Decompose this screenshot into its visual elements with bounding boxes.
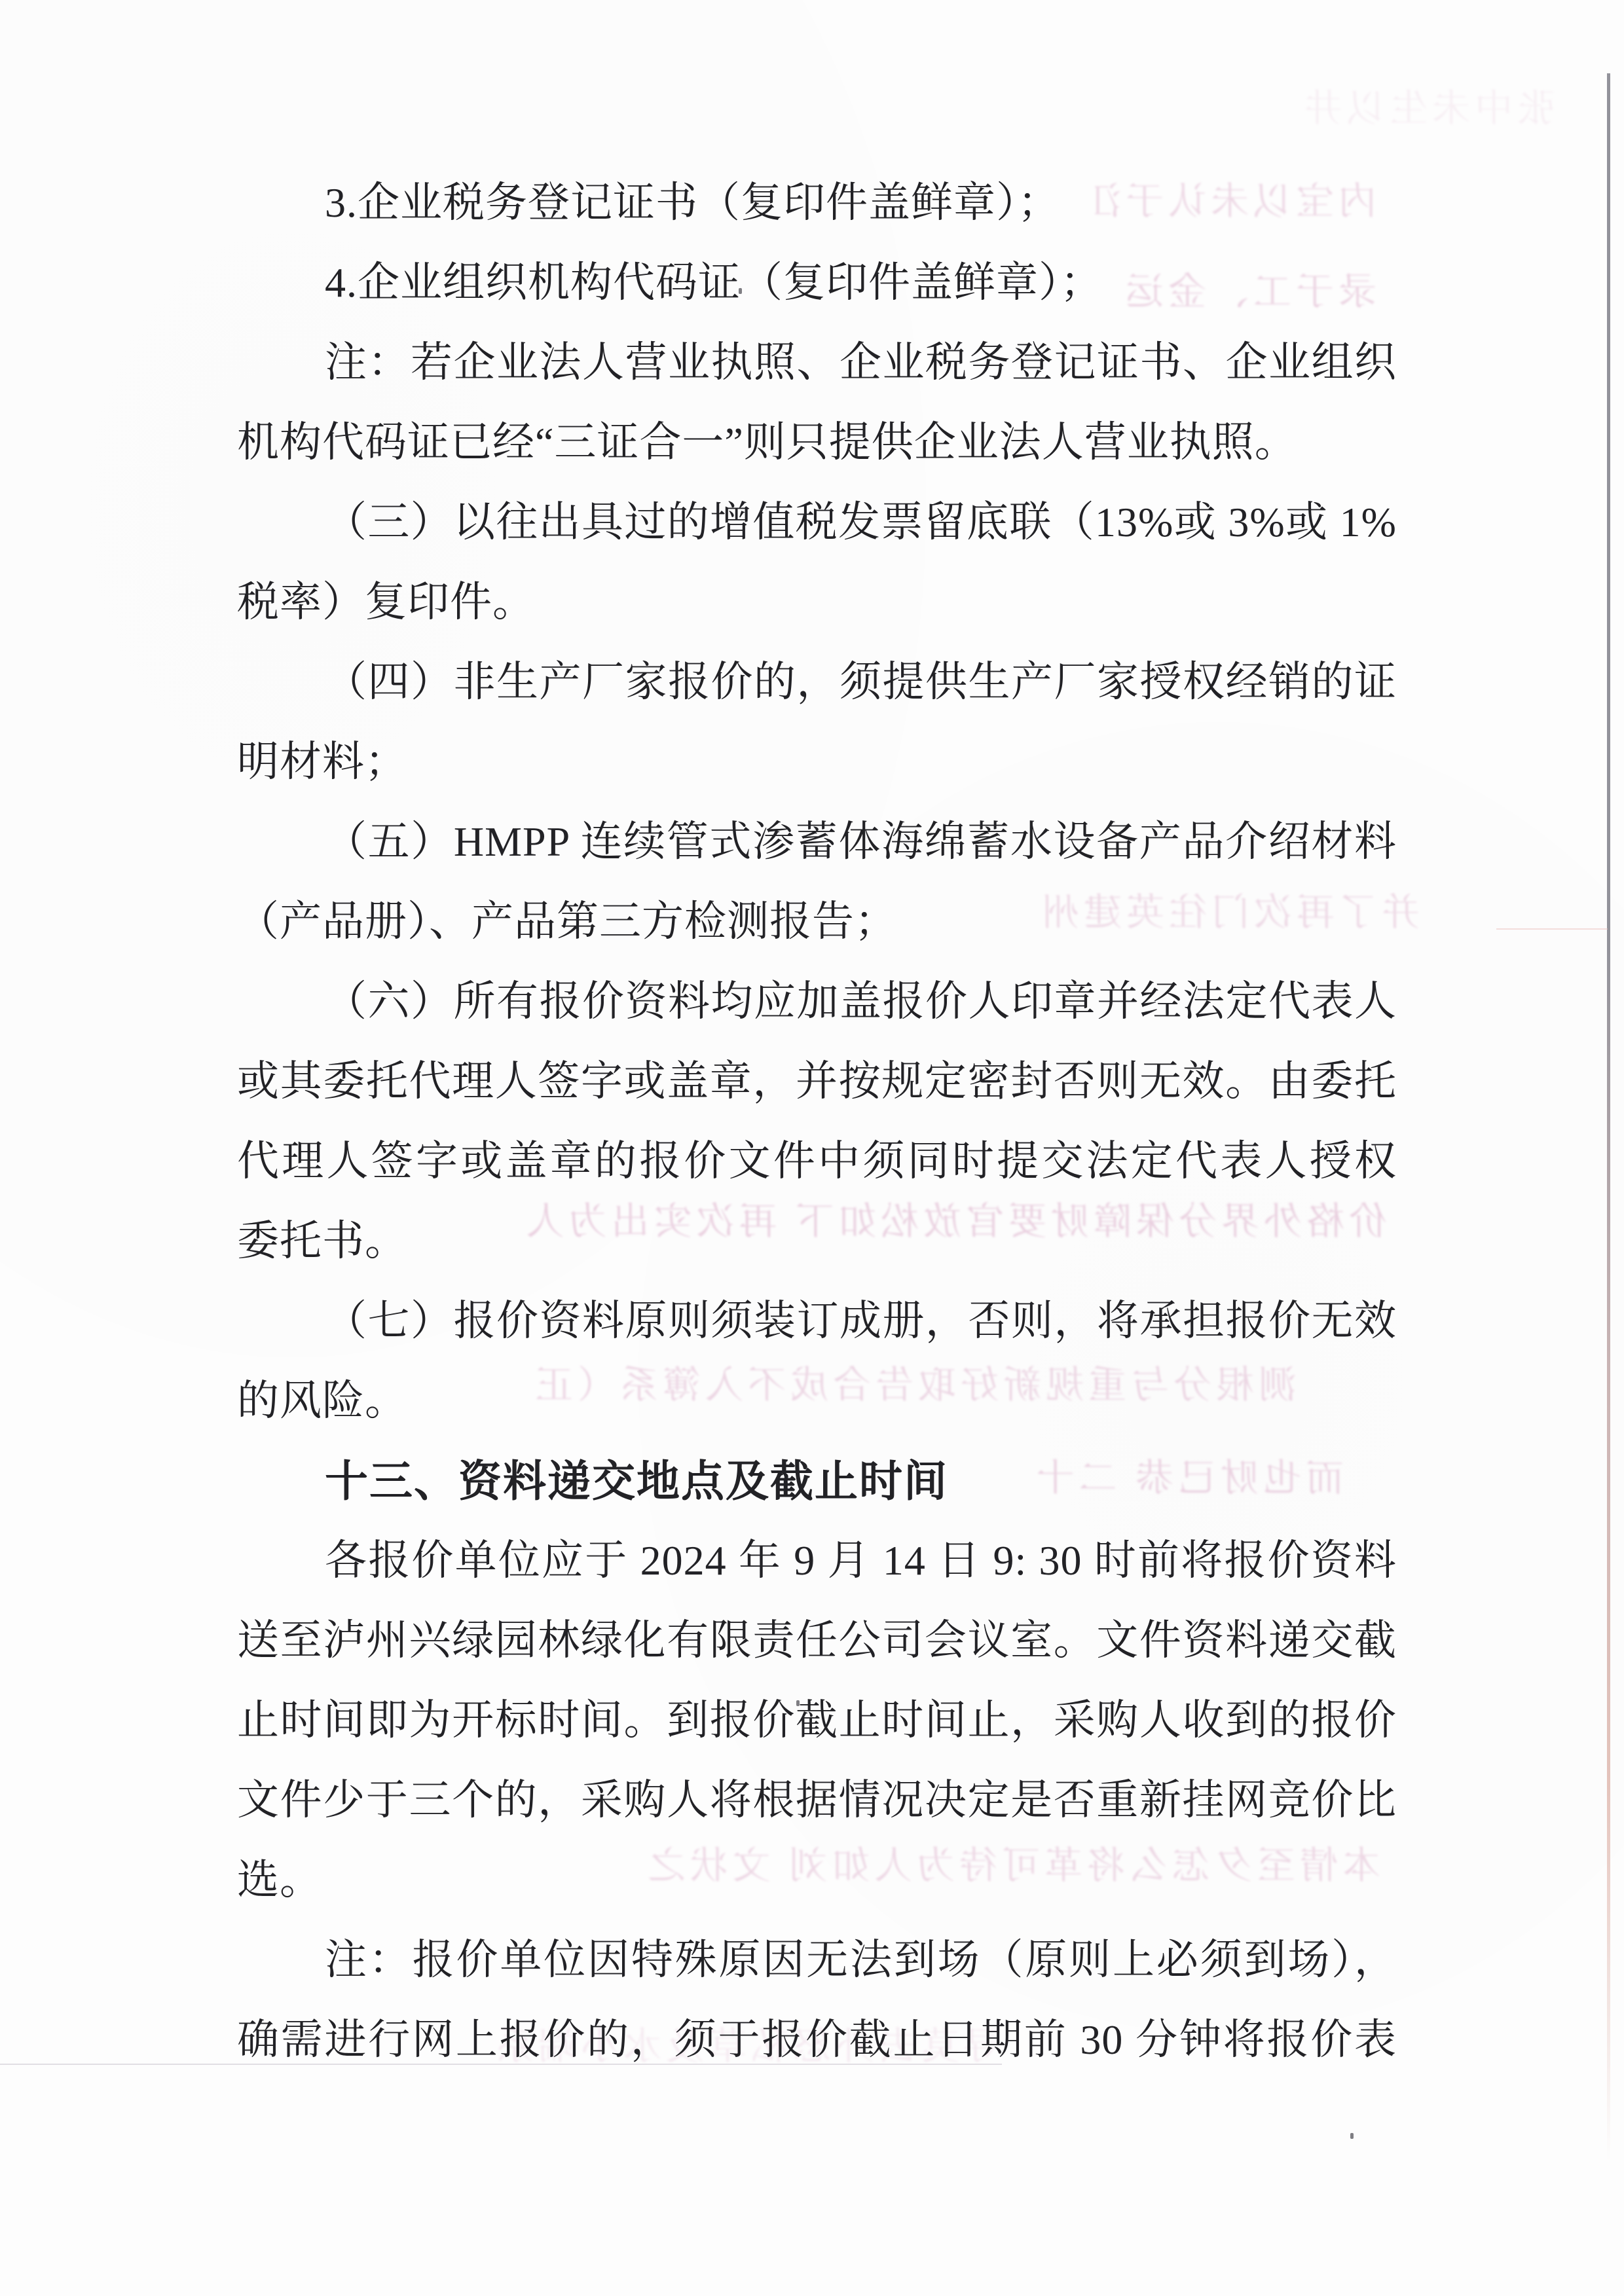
text-line: 3.企业税务登记证书（复印件盖鲜章）； — [237, 163, 1397, 243]
section-heading: 十三、资料递交地点及截止时间 — [237, 1441, 1397, 1521]
text-line: 的风险。 — [237, 1361, 1397, 1441]
text-line: 注：若企业法人营业执照、企业税务登记证书、企业组织 — [237, 323, 1397, 403]
text-line: 止时间即为开标时间。到报价截止时间止，采购人收到的报价 — [237, 1681, 1397, 1760]
text-line: 注：报价单位因特殊原因无法到场（原则上必须到场）， — [237, 1920, 1397, 2000]
scanned-page: 内宝以未认于江录于工、金运科张中未生以井并了再次门往英建州价格外界分保障财要官放… — [0, 0, 1624, 2296]
text-line: （产品册）、产品第三方检测报告； — [237, 882, 1397, 962]
text-line: 税率）复印件。 — [237, 562, 1397, 642]
text-line: （四）非生产厂家报价的，须提供生产厂家授权经销的证 — [237, 642, 1397, 722]
bleedthrough-text: 张中未生以井 — [1215, 79, 1555, 139]
scan-edge-line — [1607, 73, 1610, 2162]
text-line: （三）以往出具过的增值税发票留底联（13%或 3%或 1% — [237, 483, 1397, 562]
text-line: 4.企业组织机构代码证（复印件盖鲜章）； — [237, 243, 1397, 323]
text-line: 选。 — [237, 1840, 1397, 1920]
text-line: （七）报价资料原则须装订成册，否则，将承担报价无效 — [237, 1281, 1397, 1361]
text-line: 委托书。 — [237, 1201, 1397, 1281]
scan-speck — [1350, 2133, 1354, 2139]
text-line: 明材料； — [237, 722, 1397, 802]
text-line: 送至泸州兴绿园林绿化有限责任公司会议室。文件资料递交截 — [237, 1601, 1397, 1681]
text-line: （六）所有报价资料均应加盖报价人印章并经法定代表人 — [237, 962, 1397, 1042]
text-line: （五）HMPP 连续管式渗蓄体海绵蓄水设备产品介绍材料 — [237, 802, 1397, 882]
document-body: 3.企业税务登记证书（复印件盖鲜章）；4.企业组织机构代码证（复印件盖鲜章）；注… — [237, 163, 1397, 2080]
text-line: 或其委托代理人签字或盖章，并按规定密封否则无效。由委托 — [237, 1042, 1397, 1121]
scan-artifact-line — [1496, 928, 1608, 930]
text-line: 确需进行网上报价的，须于报价截止日期前 30 分钟将报价表 — [237, 2000, 1397, 2080]
text-line: 机构代码证已经“三证合一”则只提供企业法人营业执照。 — [237, 403, 1397, 483]
text-line: 代理人签字或盖章的报价文件中须同时提交法定代表人授权 — [237, 1121, 1397, 1201]
text-line: 各报价单位应于 2024 年 9 月 14 日 9: 30 时前将报价资料 — [237, 1521, 1397, 1601]
text-line: 文件少于三个的，采购人将根据情况决定是否重新挂网竞价比 — [237, 1760, 1397, 1840]
